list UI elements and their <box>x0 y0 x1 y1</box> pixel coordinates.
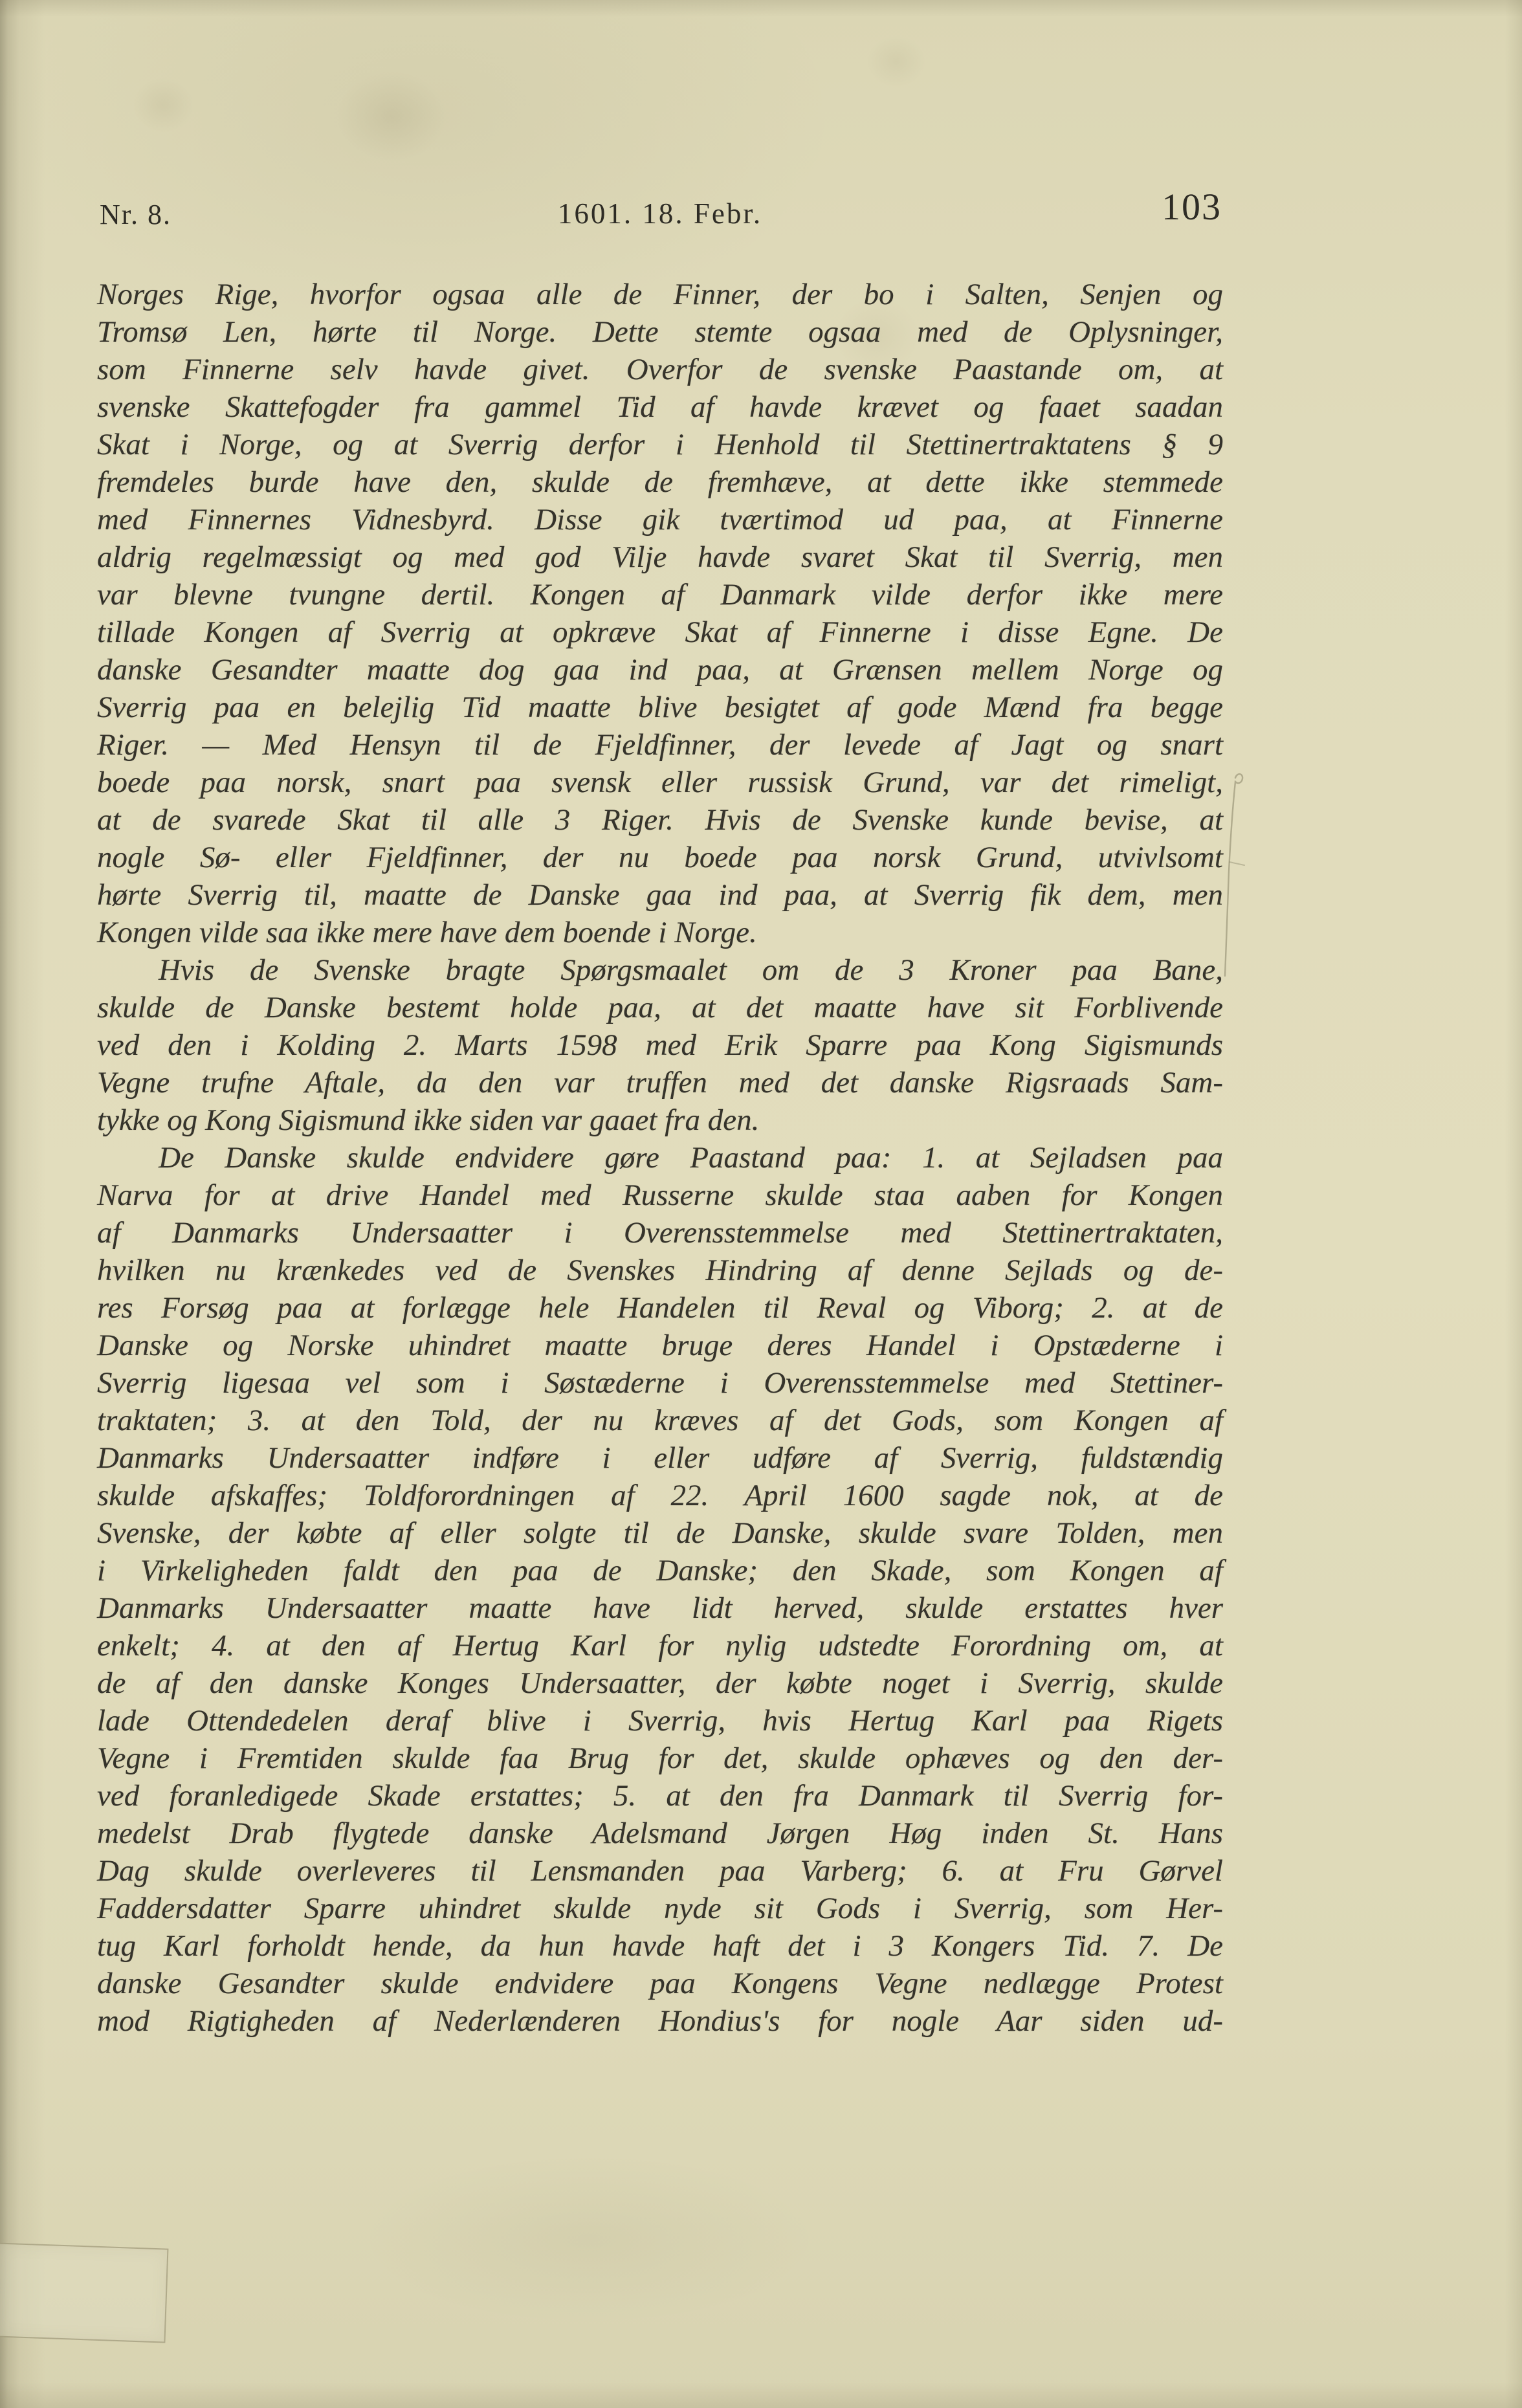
text-line: Sverrig paa en belejlig Tid maatte blive… <box>97 689 1223 726</box>
text-line: var blevne tvungne dertil. Kongen af Dan… <box>97 576 1223 613</box>
text-line: Dag skulde overleveres til Lensmanden pa… <box>97 1852 1223 1890</box>
text-line: Skat i Norge, og at Sverrig derfor i Hen… <box>97 426 1223 463</box>
text-line: svenske Skattefogder fra gammel Tid af h… <box>97 388 1223 426</box>
text-line: af Danmarks Undersaatter i Overensstemme… <box>97 1214 1223 1252</box>
text-line: Vegne trufne Aftale, da den var truffen … <box>97 1064 1223 1101</box>
text-line: Danmarks Undersaatter maatte have lidt h… <box>97 1589 1223 1627</box>
page-edge-shadow-top <box>0 0 1522 17</box>
date-heading: 1601. 18. Febr. <box>97 197 1223 230</box>
text-line: skulde de Danske bestemt holde paa, at d… <box>97 989 1223 1026</box>
text-line: tug Karl forholdt hende, da hun havde ha… <box>97 1927 1223 1965</box>
text-line: tykke og Kong Sigismund ikke siden var g… <box>97 1101 1223 1139</box>
text-line: lade Ottendedelen deraf blive i Sverrig,… <box>97 1702 1223 1740</box>
text-line: at de svarede Skat til alle 3 Riger. Hvi… <box>97 801 1223 839</box>
text-line: danske Gesandter maatte dog gaa ind paa,… <box>97 651 1223 689</box>
book-page: Nr. 8. 1601. 18. Febr. 103 Norges Rige, … <box>0 0 1522 2408</box>
text-line: hørte Sverrig til, maatte de Danske gaa … <box>97 876 1223 914</box>
page-edge-shadow-right <box>1505 0 1522 2408</box>
text-line: med Finnernes Vidnesbyrd. Disse gik tvær… <box>97 501 1223 538</box>
paper-stain <box>336 71 447 162</box>
text-line: Hvis de Svenske bragte Spørgsmaalet om d… <box>97 951 1223 989</box>
text-line: Narva for at drive Handel med Russerne s… <box>97 1176 1223 1214</box>
text-line: skulde afskaffes; Toldforordningen af 22… <box>97 1477 1223 1514</box>
text-line: tillade Kongen af Sverrig at opkræve Ska… <box>97 613 1223 651</box>
text-line: nogle Sø- eller Fjeldfinner, der nu boed… <box>97 839 1223 876</box>
text-line: Riger. — Med Hensyn til de Fjeldfinner, … <box>97 726 1223 764</box>
text-line: Kongen vilde saa ikke mere have dem boen… <box>97 914 1223 951</box>
text-line: Norges Rige, hvorfor ogsaa alle de Finne… <box>97 276 1223 313</box>
paper-stain <box>867 36 925 87</box>
text-line: medelst Drab flygtede danske Adelsmand J… <box>97 1815 1223 1852</box>
text-line: ved den i Kolding 2. Marts 1598 med Erik… <box>97 1026 1223 1064</box>
text-line: Danske og Norske uhindret maatte bruge d… <box>97 1327 1223 1364</box>
paper-stain <box>362 2155 815 2323</box>
text-line: fremdeles burde have den, skulde de frem… <box>97 463 1223 501</box>
text-line: Vegne i Fremtiden skulde faa Brug for de… <box>97 1740 1223 1777</box>
paper-imprint-rectangle <box>0 2242 168 2343</box>
body-text: Norges Rige, hvorfor ogsaa alle de Finne… <box>97 276 1223 2040</box>
text-line: Danmarks Undersaatter indføre i eller ud… <box>97 1439 1223 1477</box>
text-line: Svenske, der købte af eller solgte til d… <box>97 1514 1223 1552</box>
text-line: boede paa norsk, snart paa svensk eller … <box>97 764 1223 801</box>
text-line: hvilken nu krænkedes ved de Svenskes Hin… <box>97 1252 1223 1289</box>
text-line: i Virkeligheden faldt den paa de Danske;… <box>97 1552 1223 1589</box>
text-line: ved foranledigede Skade erstattes; 5. at… <box>97 1777 1223 1815</box>
text-line: mod Rigtigheden af Nederlænderen Hondius… <box>97 2002 1223 2040</box>
page-number: 103 <box>1162 185 1222 228</box>
text-line: aldrig regelmæssigt og med god Vilje hav… <box>97 538 1223 576</box>
text-line: som Finnerne selv havde givet. Overfor d… <box>97 351 1223 388</box>
text-line: danske Gesandter skulde endvidere paa Ko… <box>97 1965 1223 2002</box>
text-line: Sverrig ligesaa vel som i Søstæderne i O… <box>97 1364 1223 1402</box>
text-line: res Forsøg paa at forlægge hele Handelen… <box>97 1289 1223 1327</box>
text-line: De Danske skulde endvidere gøre Paastand… <box>97 1139 1223 1176</box>
paper-stain <box>133 78 194 133</box>
text-line: de af den danske Konges Undersaatter, de… <box>97 1664 1223 1702</box>
page-header: Nr. 8. 1601. 18. Febr. 103 <box>97 192 1223 237</box>
text-line: traktaten; 3. at den Told, der nu kræves… <box>97 1402 1223 1439</box>
pencil-margin-mark <box>1214 768 1259 988</box>
text-line: Tromsø Len, hørte til Norge. Dette stemt… <box>97 313 1223 351</box>
page-edge-shadow-left <box>0 0 45 2408</box>
page-edge-shadow-bottom <box>0 2382 1522 2408</box>
text-line: enkelt; 4. at den af Hertug Karl for nyl… <box>97 1627 1223 1664</box>
text-line: Faddersdatter Sparre uhindret skulde nyd… <box>97 1890 1223 1927</box>
